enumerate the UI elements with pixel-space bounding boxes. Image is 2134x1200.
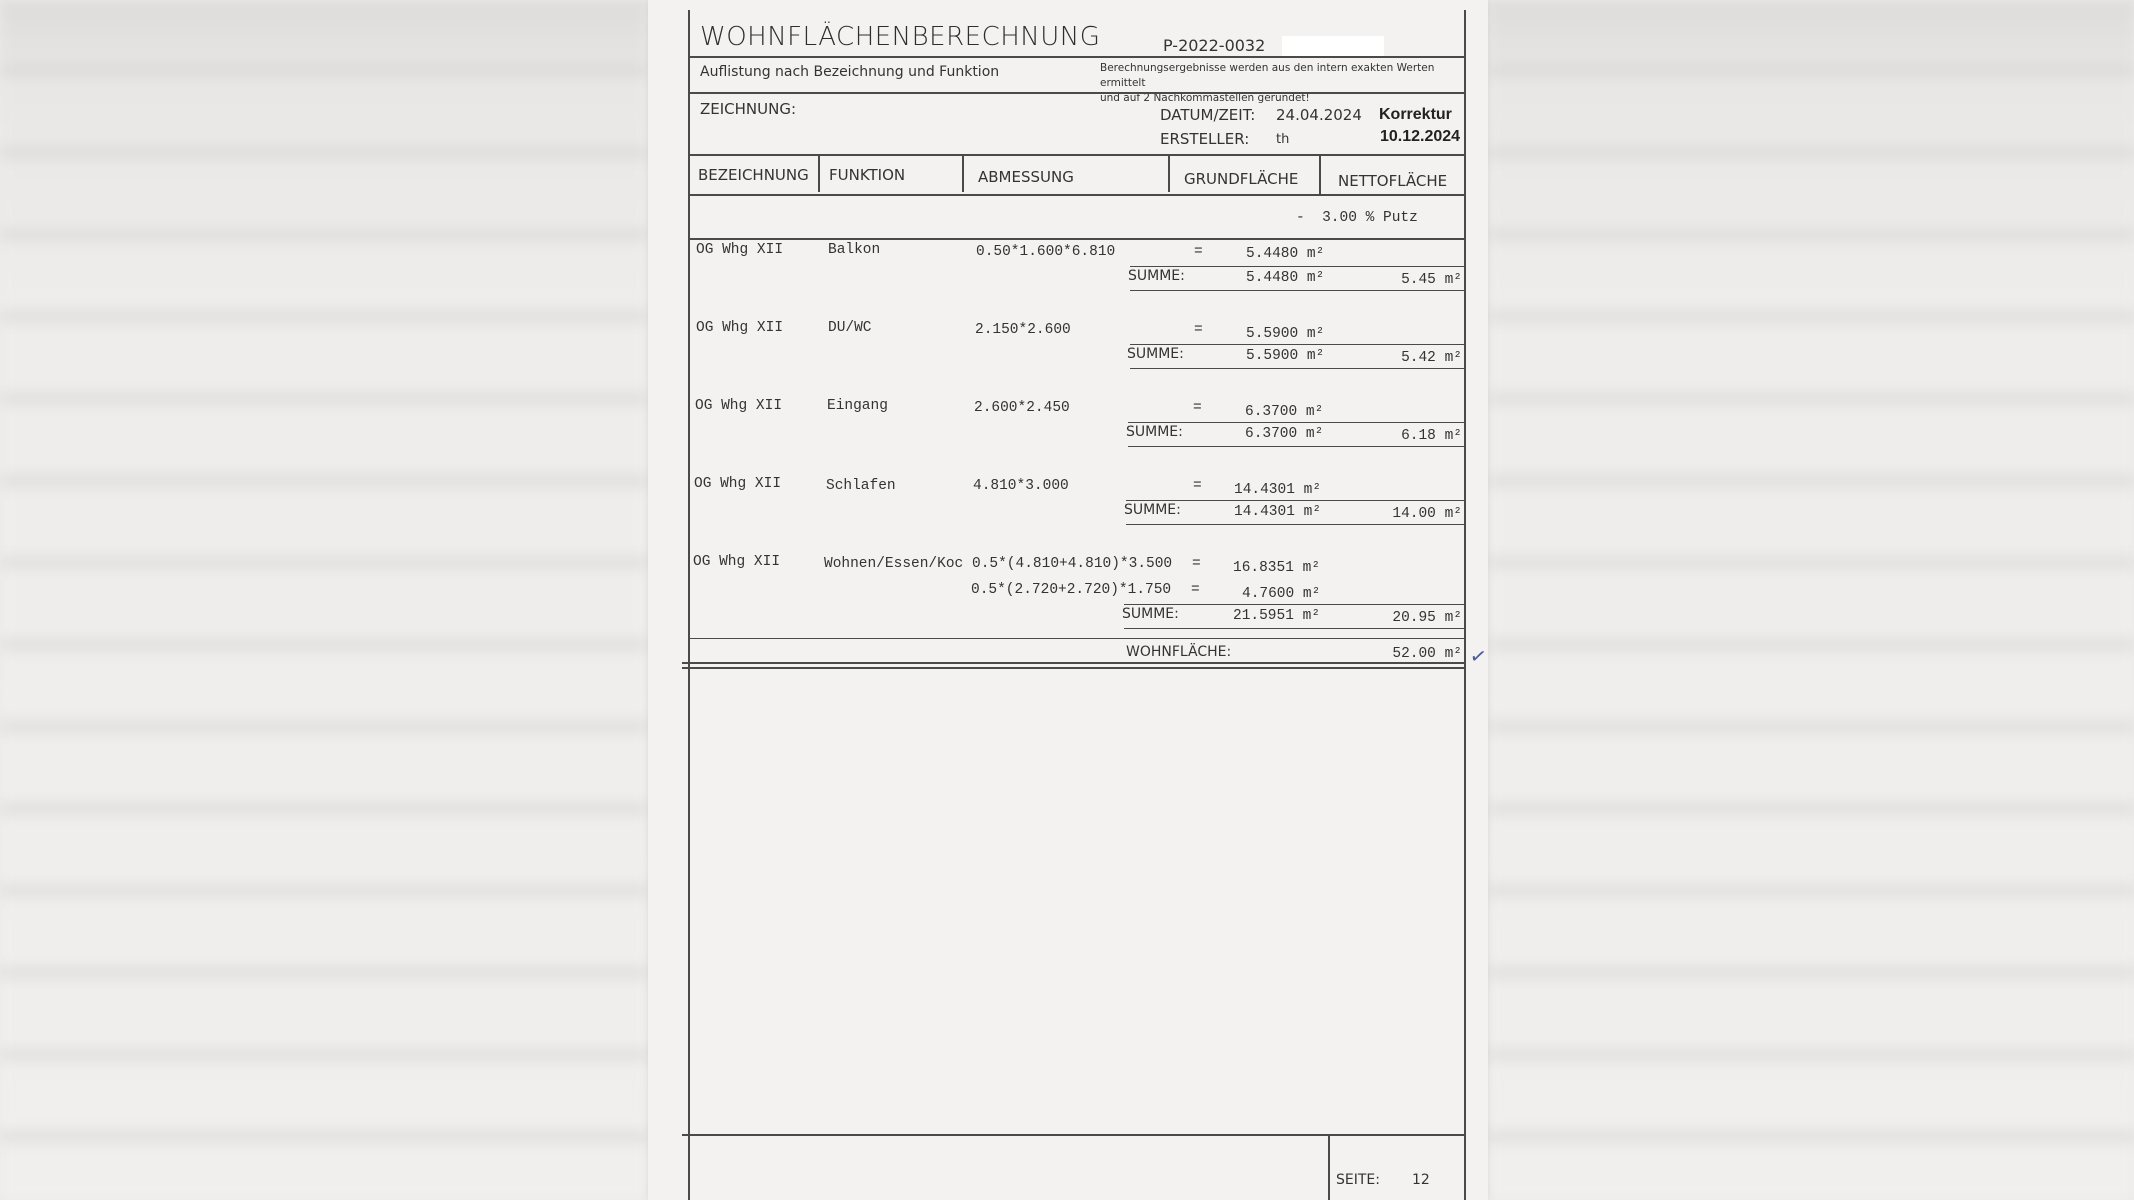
- row-funktion: DU/WC: [828, 320, 872, 336]
- row-abmessung: 0.50*1.600*6.810: [976, 244, 1115, 260]
- subtotal-line: [1130, 266, 1466, 267]
- row-funktion: Eingang: [827, 398, 888, 414]
- double-line-bottom: [682, 667, 1466, 669]
- column-header-bezeichnung: BEZEICHNUNG: [698, 166, 809, 184]
- page-number: 12: [1412, 1172, 1430, 1188]
- row-area: 5.5900 m²: [1246, 326, 1324, 342]
- row-abmessung: 0.5*(4.810+4.810)*3.500: [972, 556, 1172, 572]
- sum-underline: [1130, 290, 1466, 291]
- divider: [688, 92, 1466, 94]
- row-sum: 6.3700 m²: [1245, 426, 1323, 442]
- row-sum: 5.5900 m²: [1246, 348, 1324, 364]
- document-subtitle: Auflistung nach Bezeichnung und Funktion: [700, 64, 999, 80]
- sum-underline: [1130, 368, 1466, 369]
- drawing-label: ZEICHNUNG:: [700, 100, 796, 118]
- row-net-area: 6.18 m²: [1338, 428, 1462, 444]
- row-area: 5.4480 m²: [1246, 246, 1324, 262]
- divider: [688, 194, 1466, 196]
- divider: [688, 56, 1466, 58]
- row-sum: 14.4301 m²: [1234, 504, 1321, 520]
- row-bezeichnung: OG Whg XII: [693, 554, 780, 570]
- column-header-nettoflaeche: NETTOFLÄCHE: [1338, 172, 1447, 190]
- row-area: 14.4301 m²: [1234, 482, 1321, 498]
- sum-label: SUMME:: [1124, 502, 1181, 518]
- sum-underline: [1124, 628, 1466, 629]
- row-bezeichnung: OG Whg XII: [696, 242, 783, 258]
- row-funktion: Schlafen: [826, 478, 896, 494]
- subtotal-line: [1128, 422, 1466, 423]
- calculation-sheet: WOHNFLÄCHENBERECHNUNG P-2022-0032 Auflis…: [648, 0, 1488, 1200]
- row-abmessung: 2.600*2.450: [974, 400, 1070, 416]
- column-header-funktion: FUNKTION: [829, 166, 905, 184]
- column-header-abmessung: ABMESSUNG: [978, 168, 1074, 186]
- plaster-deduction: - 3.00 % Putz: [1296, 210, 1418, 226]
- rounding-note: Berechnungsergebnisse werden aus den int…: [1100, 61, 1460, 106]
- project-number: P-2022-0032: [1163, 36, 1265, 55]
- row-sum: 5.4480 m²: [1246, 270, 1324, 286]
- row-net-area: 5.45 m²: [1338, 272, 1462, 288]
- row-bezeichnung: OG Whg XII: [695, 398, 782, 414]
- blurred-background-left: [0, 0, 648, 1200]
- equals-sign: =: [1192, 556, 1201, 572]
- date-label: DATUM/ZEIT:: [1160, 106, 1255, 124]
- page-label: SEITE:: [1336, 1172, 1380, 1188]
- divider: [688, 154, 1466, 156]
- sum-label: SUMME:: [1127, 346, 1184, 362]
- frame-right-line: [1464, 10, 1466, 1200]
- column-divider: [1319, 156, 1321, 194]
- equals-sign: =: [1193, 400, 1202, 416]
- row-abmessung: 4.810*3.000: [973, 478, 1069, 494]
- creator-label: ERSTELLER:: [1160, 130, 1249, 148]
- note-line-1: Berechnungsergebnisse werden aus den int…: [1100, 61, 1460, 91]
- column-divider: [962, 154, 964, 192]
- total-value: 52.00 m²: [1338, 646, 1462, 662]
- row-net-area: 5.42 m²: [1338, 350, 1462, 366]
- divider: [688, 238, 1466, 240]
- row-area: 6.3700 m²: [1245, 404, 1323, 420]
- footer-line: [682, 1134, 1466, 1136]
- correction-date: 10.12.2024: [1380, 128, 1460, 146]
- equals-sign: =: [1194, 322, 1203, 338]
- sum-label: SUMME:: [1122, 606, 1179, 622]
- row-funktion: Wohnen/Essen/Koc: [824, 556, 963, 572]
- sum-label: SUMME:: [1126, 424, 1183, 440]
- equals-sign: =: [1194, 244, 1203, 260]
- row-net-area: 14.00 m²: [1338, 506, 1462, 522]
- equals-sign: =: [1193, 478, 1202, 494]
- sum-underline: [1126, 524, 1466, 525]
- sum-label: SUMME:: [1128, 268, 1185, 284]
- row-abmessung: 2.150*2.600: [975, 322, 1071, 338]
- divider: [688, 638, 1466, 639]
- total-label: WOHNFLÄCHE:: [1126, 644, 1231, 660]
- subtotal-line: [1124, 604, 1466, 605]
- equals-sign: =: [1191, 582, 1200, 598]
- double-line-top: [682, 662, 1466, 664]
- creator-value: th: [1276, 132, 1289, 147]
- row-area: 16.8351 m²: [1233, 560, 1320, 576]
- frame-left-line: [688, 10, 690, 1200]
- check-mark-icon: ✓: [1468, 643, 1489, 670]
- row-sum: 21.5951 m²: [1233, 608, 1320, 624]
- column-divider: [1168, 154, 1170, 192]
- blurred-background-right: [1488, 0, 2134, 1200]
- redacted-area: [1282, 36, 1384, 56]
- row-area: 4.7600 m²: [1242, 586, 1320, 602]
- subtotal-line: [1130, 344, 1466, 345]
- row-bezeichnung: OG Whg XII: [694, 476, 781, 492]
- column-divider: [818, 154, 820, 192]
- row-abmessung: 0.5*(2.720+2.720)*1.750: [971, 582, 1171, 598]
- date-value: 24.04.2024: [1276, 106, 1362, 124]
- row-net-area: 20.95 m²: [1338, 610, 1462, 626]
- subtotal-line: [1126, 500, 1466, 501]
- row-bezeichnung: OG Whg XII: [696, 320, 783, 336]
- column-header-grundflaeche: GRUNDFLÄCHE: [1184, 170, 1298, 188]
- sum-underline: [1128, 446, 1466, 447]
- correction-label: Korrektur: [1379, 106, 1452, 124]
- footer-divider: [1328, 1136, 1330, 1200]
- document-title: WOHNFLÄCHENBERECHNUNG: [700, 22, 1100, 52]
- row-funktion: Balkon: [828, 242, 880, 258]
